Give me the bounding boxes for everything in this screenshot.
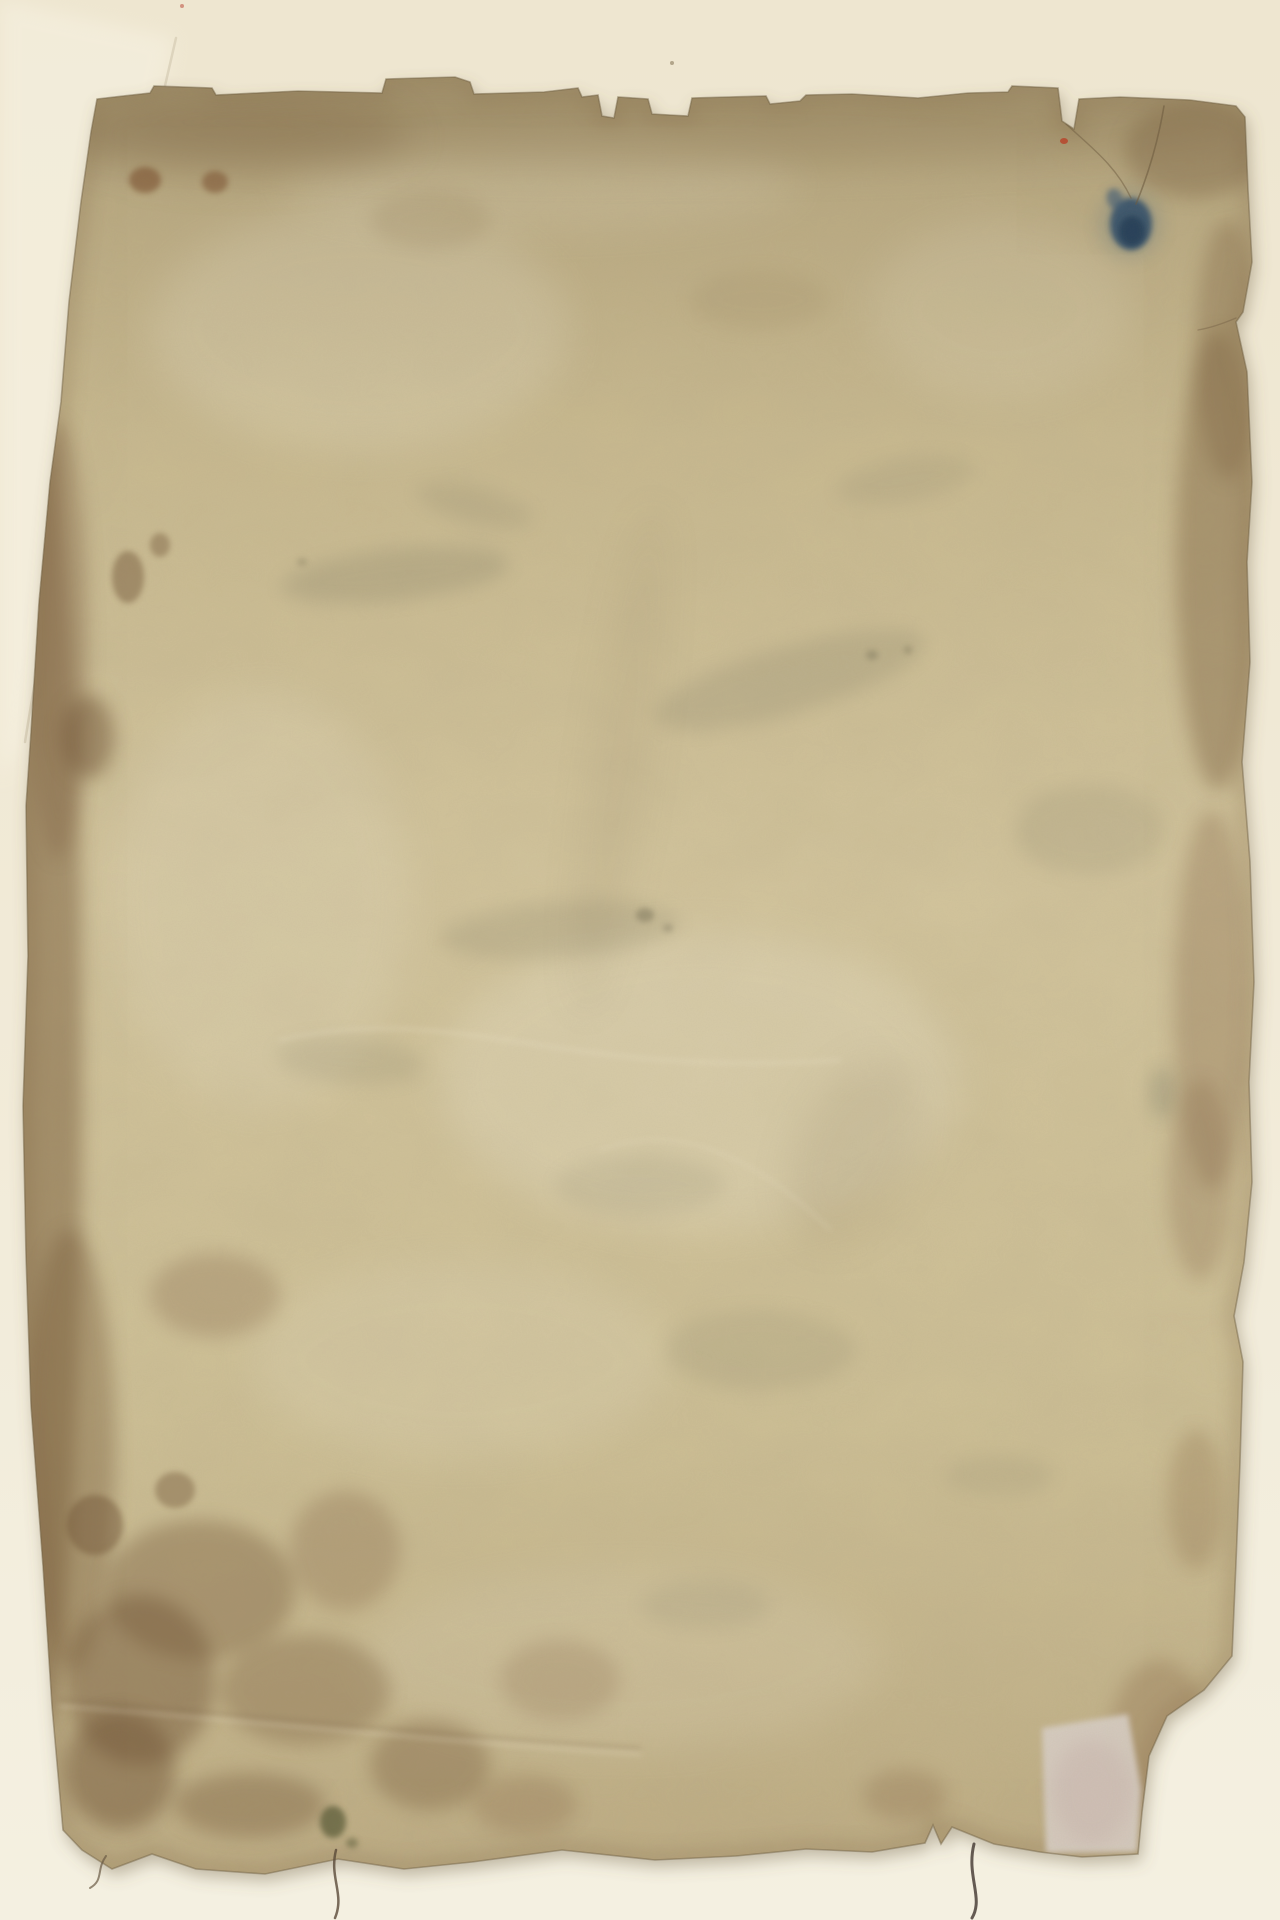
backdrop-speck: [180, 4, 184, 8]
photo-canvas: [0, 0, 1280, 1920]
backdrop-speck: [670, 61, 674, 65]
paper-texture-fine: [0, 0, 1280, 1920]
paper-surface: [0, 0, 1280, 1920]
photo: [0, 0, 1280, 1920]
